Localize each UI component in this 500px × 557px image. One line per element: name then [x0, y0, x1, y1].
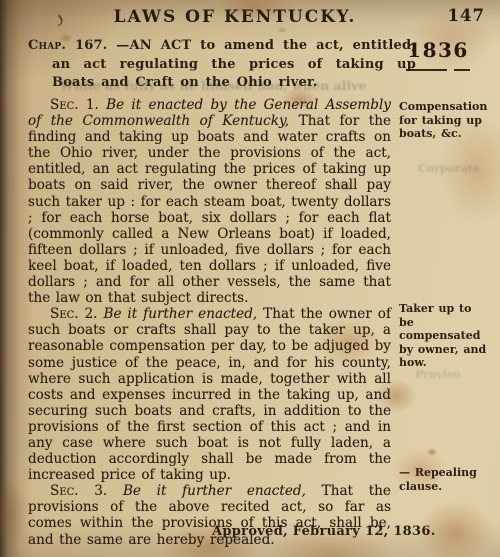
statute-body: Sec. 1. Be it enacted by the General Ass…	[28, 97, 391, 548]
running-header: LAWS OF KENTUCKY.	[40, 7, 430, 27]
rule-segment	[454, 69, 470, 71]
section-2-text: That the owner of such boats or crafts s…	[28, 306, 391, 483]
page-number: 147	[448, 6, 485, 25]
section-2-label: Sec. 2.	[50, 306, 98, 322]
chapter-heading: Chap. 167. —AN ACT to amend the act, ent…	[28, 37, 416, 93]
section-3-label: Sec. 3.	[50, 483, 107, 499]
margin-note-compensation: Compensation for taking up boats, &c.	[399, 100, 489, 141]
section-3-enacting-clause: Be it further enacted,	[123, 483, 306, 499]
bleed-through-fragment: Proviso	[415, 368, 461, 381]
section-2-enacting-clause: Be it further enacted,	[103, 306, 257, 322]
margin-note-taker-up: Taker up to be compensated by owner, and…	[399, 302, 489, 370]
bleed-through-fragment: Corporate	[418, 162, 480, 175]
section-1-paragraph: Sec. 1. Be it enacted by the General Ass…	[28, 97, 391, 306]
chapter-title-text: —AN ACT to amend the act, entitled, an a…	[52, 38, 416, 90]
section-2-paragraph: Sec. 2. Be it further enacted, That the …	[28, 306, 391, 483]
section-1-label: Sec. 1.	[50, 97, 99, 113]
margin-note-repealing-clause: — Repealing clause.	[399, 466, 489, 493]
section-1-text: That for the finding and taking up boats…	[28, 113, 391, 306]
approval-line: Approved, February 12, 1836.	[212, 524, 436, 539]
chapter-number-label: Chap. 167.	[28, 38, 107, 53]
book-page: While as fully as he himself had; when a…	[0, 0, 500, 557]
